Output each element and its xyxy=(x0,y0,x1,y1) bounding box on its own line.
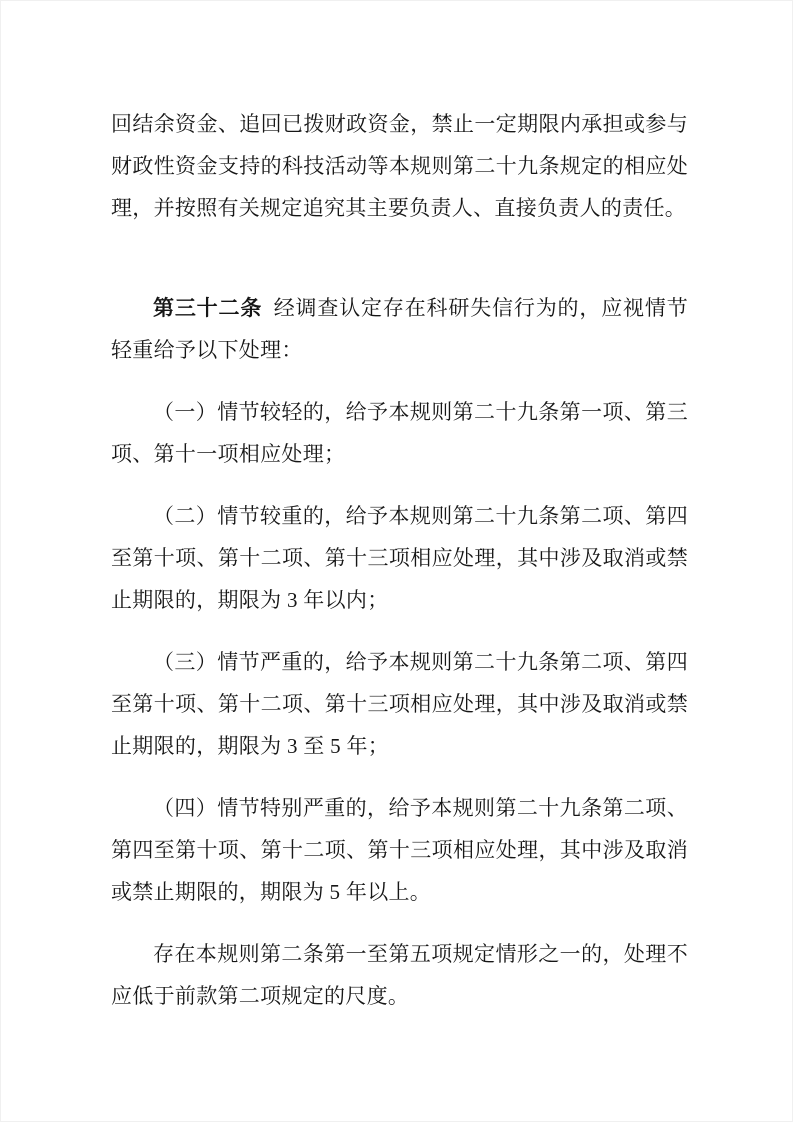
closing-paragraph-text: 存在本规则第二条第一至第五项规定情形之一的，处理不应低于前款第二项规定的尺度。 xyxy=(111,942,688,1008)
item-3-text: （三）情节严重的，给予本规则第二十九条第二项、第四至第十项、第十二项、第十三项相… xyxy=(111,650,688,758)
paragraph-closing: 存在本规则第二条第一至第五项规定情形之一的，处理不应低于前款第二项规定的尺度。 xyxy=(111,933,688,1017)
document-text-body: 回结余资金、追回已拨财政资金，禁止一定期限内承担或参与财政性资金支持的科技活动等… xyxy=(111,103,688,1037)
paragraph-article-32: 第三十二条经调查认定存在科研失信行为的，应视情节轻重给予以下处理： xyxy=(111,287,688,371)
paragraph-continuation-text: 回结余资金、追回已拨财政资金，禁止一定期限内承担或参与财政性资金支持的科技活动等… xyxy=(111,112,688,220)
paragraph-item-3: （三）情节严重的，给予本规则第二十九条第二项、第四至第十项、第十二项、第十三项相… xyxy=(111,641,688,767)
paragraph-item-4: （四）情节特别严重的，给予本规则第二十九条第二项、第四至第十项、第十二项、第十三… xyxy=(111,787,688,913)
article-32-number: 第三十二条 xyxy=(153,296,262,320)
item-4-text: （四）情节特别严重的，给予本规则第二十九条第二项、第四至第十项、第十二项、第十三… xyxy=(111,796,688,904)
document-page: 回结余资金、追回已拨财政资金，禁止一定期限内承担或参与财政性资金支持的科技活动等… xyxy=(0,0,793,1122)
item-1-text: （一）情节较轻的，给予本规则第二十九条第一项、第三项、第十一项相应处理； xyxy=(111,400,688,466)
item-2-text: （二）情节较重的，给予本规则第二十九条第二项、第四至第十项、第十二项、第十三项相… xyxy=(111,504,688,612)
paragraph-item-2: （二）情节较重的，给予本规则第二十九条第二项、第四至第十项、第十二项、第十三项相… xyxy=(111,495,688,621)
paragraph-continuation: 回结余资金、追回已拨财政资金，禁止一定期限内承担或参与财政性资金支持的科技活动等… xyxy=(111,103,688,229)
paragraph-item-1: （一）情节较轻的，给予本规则第二十九条第一项、第三项、第十一项相应处理； xyxy=(111,391,688,475)
